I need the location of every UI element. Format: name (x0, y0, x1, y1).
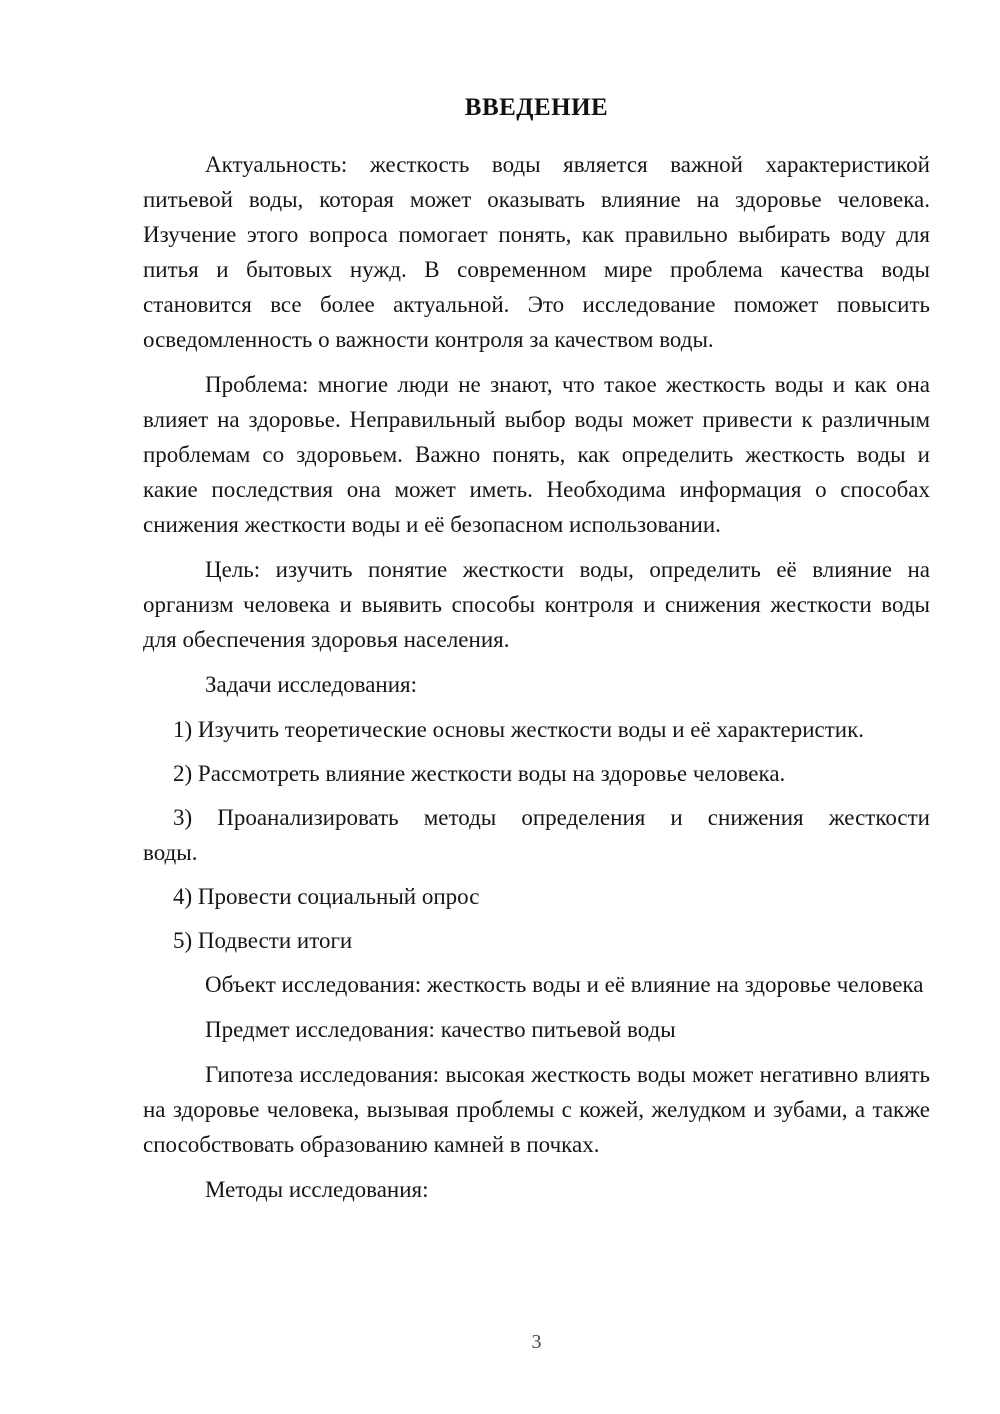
section-heading: ВВЕДЕНИЕ (143, 90, 930, 125)
paragraph-problem: Проблема: многие люди не знают, что тако… (143, 367, 930, 542)
task-list-item-5: 5) Подвести итоги (143, 923, 930, 958)
task-list-item-3-line-2: воды. (143, 835, 930, 870)
paragraph-methods-label: Методы исследования: (143, 1172, 930, 1207)
paragraph-tasks-label: Задачи исследования: (143, 667, 930, 702)
task-list-item-4: 4) Провести социальный опрос (143, 879, 930, 914)
paragraph-hypothesis: Гипотеза исследования: высокая жесткость… (143, 1057, 930, 1162)
document-page: ВВЕДЕНИЕ Актуальность: жесткость воды яв… (0, 0, 1000, 1414)
page-number: 3 (143, 1328, 930, 1356)
task-list-item-1: 1) Изучить теоретические основы жесткост… (143, 712, 930, 747)
paragraph-goal: Цель: изучить понятие жесткости воды, оп… (143, 552, 930, 657)
task-list-item-3-line-1: 3) Проанализировать методы определения и… (143, 800, 930, 835)
task-list-item-2: 2) Рассмотреть влияние жесткости воды на… (143, 756, 930, 791)
paragraph-relevance: Актуальность: жесткость воды является ва… (143, 147, 930, 357)
paragraph-object: Объект исследования: жесткость воды и её… (143, 967, 930, 1002)
document-content: ВВЕДЕНИЕ Актуальность: жесткость воды яв… (143, 90, 930, 1217)
paragraph-subject: Предмет исследования: качество питьевой … (143, 1012, 930, 1047)
task-list-item-3: 3) Проанализировать методы определения и… (143, 800, 930, 870)
